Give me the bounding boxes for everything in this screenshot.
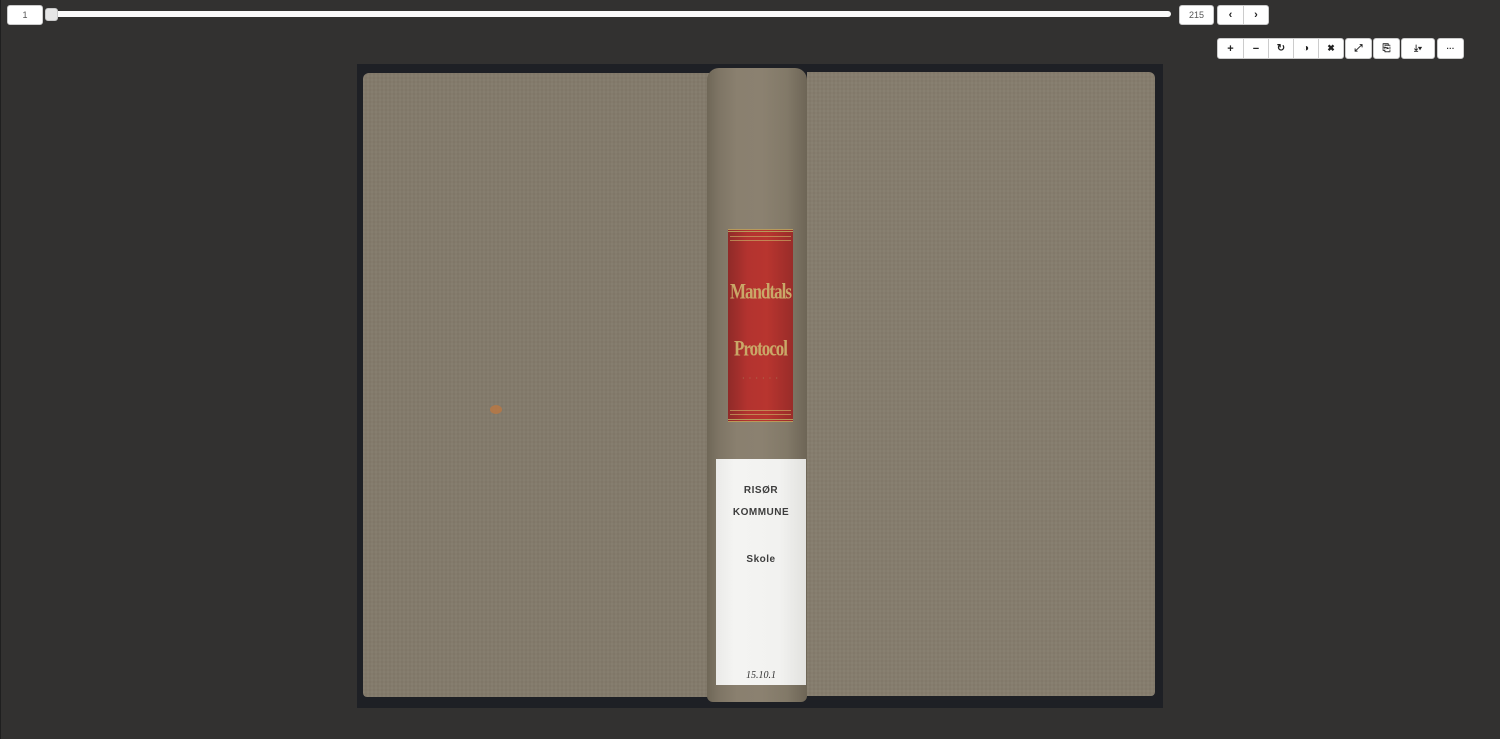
archive-label: RISØR KOMMUNE Skole 15.10.1 (716, 459, 806, 685)
copy-icon: ⎘ (1383, 43, 1391, 54)
page-slider-handle[interactable] (45, 8, 58, 21)
book-front-cover (807, 72, 1155, 696)
image-adjust-group: + − ↻ ◑ ✖ (1217, 38, 1344, 59)
book-back-cover (363, 73, 713, 697)
contrast-icon: ◑ (1303, 43, 1309, 54)
rotate-icon: ↻ (1277, 43, 1285, 54)
next-page-button[interactable]: › (1243, 6, 1268, 24)
spine-title-label: Mandtals Protocol · · · · · · (728, 229, 793, 422)
page-number-input[interactable]: 1 (7, 5, 43, 25)
download-button[interactable]: ⤓▾ (1402, 39, 1434, 58)
contrast-button[interactable]: ◑ (1293, 39, 1318, 58)
document-image[interactable]: Mandtals Protocol · · · · · · RISØR KOMM… (357, 64, 1163, 708)
document-viewer: 1 215 ‹ › + − ↻ ◑ ✖ (0, 0, 1500, 739)
more-group: ··· (1437, 38, 1464, 59)
spine-title-line2: Protocol (728, 336, 793, 362)
spine-subtitle: · · · · · · (728, 374, 793, 383)
minus-icon: − (1253, 43, 1259, 55)
spine-title-line1: Mandtals (728, 279, 793, 305)
total-pages: 215 (1179, 5, 1214, 25)
rotate-button[interactable]: ↻ (1268, 39, 1293, 58)
label-line2: KOMMUNE (716, 507, 806, 518)
cover-stain (490, 405, 502, 414)
zoom-in-button[interactable]: + (1218, 39, 1243, 58)
page-slider-track[interactable] (47, 11, 1171, 17)
fullscreen-button[interactable]: ⤢ (1346, 39, 1371, 58)
reset-button[interactable]: ✖ (1318, 39, 1343, 58)
chevron-left-icon: ‹ (1229, 9, 1233, 21)
plus-icon: + (1227, 43, 1233, 55)
label-handwritten-number: 15.10.1 (716, 670, 806, 681)
expand-icon: ⤢ (1355, 43, 1363, 54)
download-group: ⤓▾ (1401, 38, 1435, 59)
copy-button[interactable]: ⎘ (1374, 39, 1399, 58)
ellipsis-icon: ··· (1447, 44, 1455, 53)
page-nav-group: ‹ › (1217, 5, 1269, 25)
close-icon: ✖ (1327, 43, 1335, 54)
fullscreen-group: ⤢ (1345, 38, 1372, 59)
image-toolbar: + − ↻ ◑ ✖ (1217, 38, 1344, 59)
label-line3: Skole (716, 554, 806, 565)
copy-group: ⎘ (1373, 38, 1400, 59)
previous-page-button[interactable]: ‹ (1218, 6, 1243, 24)
zoom-out-button[interactable]: − (1243, 39, 1268, 58)
chevron-right-icon: › (1254, 9, 1258, 21)
label-line1: RISØR (716, 485, 806, 496)
download-icon: ⤓▾ (1414, 43, 1422, 54)
more-options-button[interactable]: ··· (1438, 39, 1463, 58)
